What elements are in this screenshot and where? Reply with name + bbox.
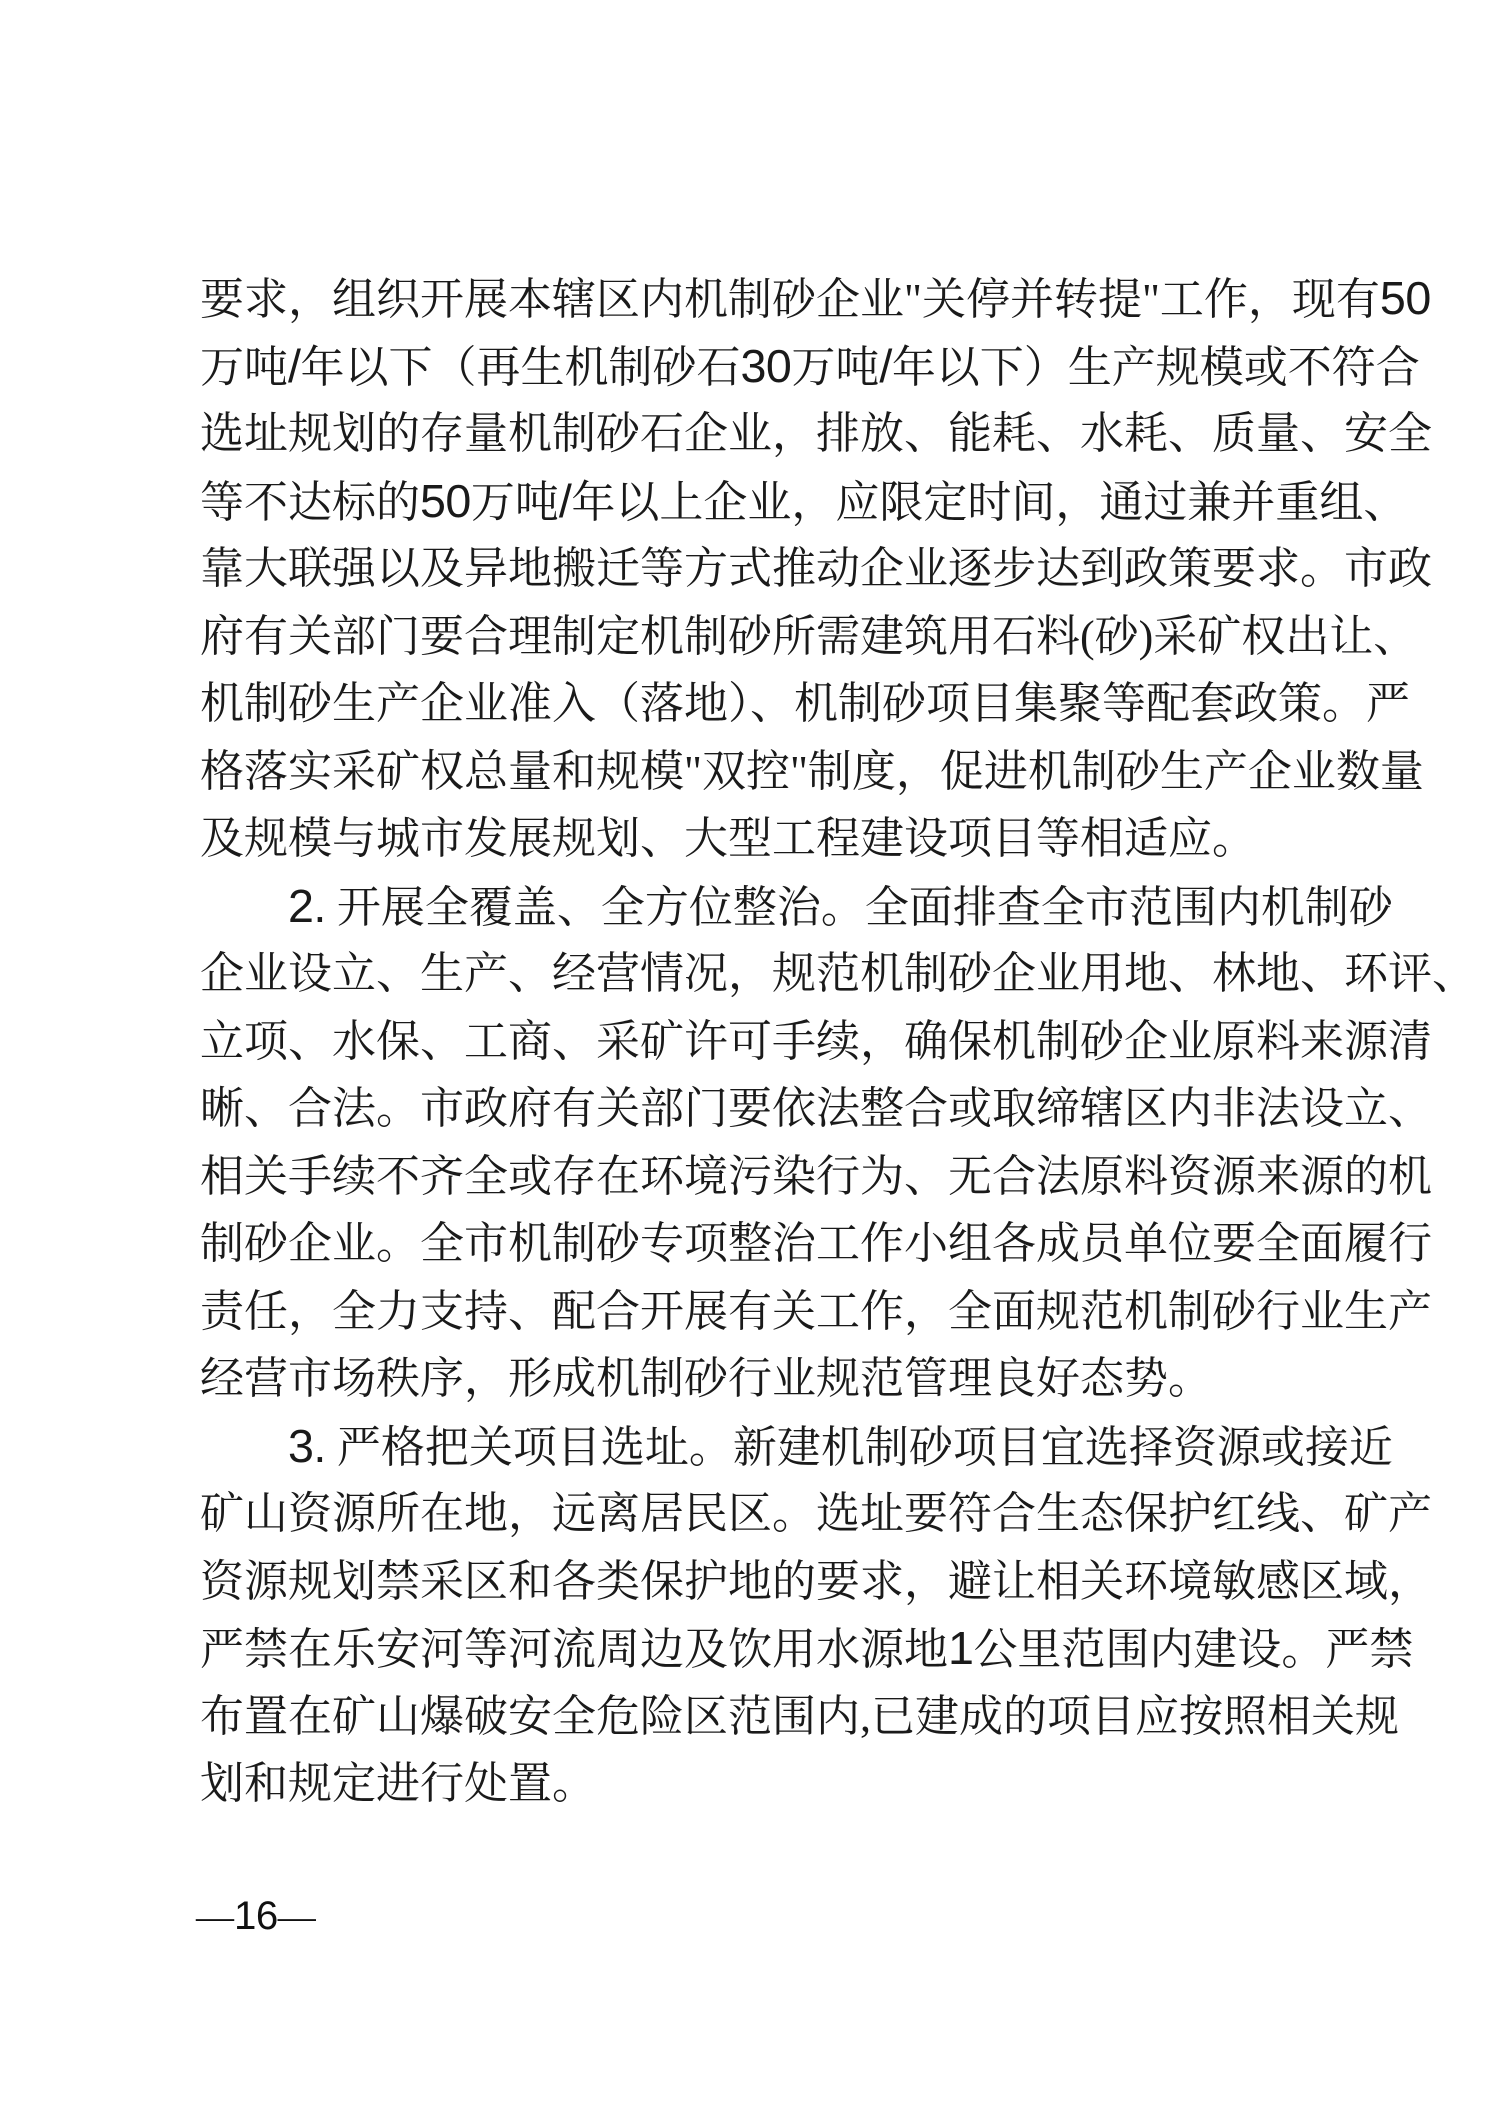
text-line: 府有关部门要合理制定机制砂所需建筑用石料(砂)采矿权出让、 <box>200 603 1308 671</box>
text-line: 万吨/年以下（再生机制砂石30万吨/年以下）生产规模或不符合 <box>200 333 1308 401</box>
document-body: 要求，组织开展本辖区内机制砂企业"关停并转提"工作，现有50万吨/年以下（再生机… <box>200 265 1308 1818</box>
paragraph: 要求，组织开展本辖区内机制砂企业"关停并转提"工作，现有50万吨/年以下（再生机… <box>200 265 1308 873</box>
text-line: 及规模与城市发展规划、大型工程建设项目等相适应。 <box>200 805 1308 873</box>
text-line: 划和规定进行处置。 <box>200 1750 1308 1818</box>
text-line: 要求，组织开展本辖区内机制砂企业"关停并转提"工作，现有50 <box>200 265 1308 333</box>
text-line: 3. 严格把关项目选址。新建机制砂项目宜选择资源或接近 <box>200 1413 1308 1481</box>
text-line: 格落实采矿权总量和规模"双控"制度，促进机制砂生产企业数量 <box>200 738 1308 806</box>
text-line: 靠大联强以及异地搬迁等方式推动企业逐步达到政策要求。市政 <box>200 535 1308 603</box>
text-line: 选址规划的存量机制砂石企业，排放、能耗、水耗、质量、安全 <box>200 400 1308 468</box>
text-line: 等不达标的50万吨/年以上企业，应限定时间，通过兼并重组、 <box>200 468 1308 536</box>
text-line: 2. 开展全覆盖、全方位整治。全面排查全市范围内机制砂 <box>200 873 1308 941</box>
paragraph: 2. 开展全覆盖、全方位整治。全面排查全市范围内机制砂企业设立、生产、经营情况，… <box>200 873 1308 1413</box>
text-line: 机制砂生产企业准入（落地）、机制砂项目集聚等配套政策。严 <box>200 670 1308 738</box>
paragraph: 3. 严格把关项目选址。新建机制砂项目宜选择资源或接近矿山资源所在地，远离居民区… <box>200 1413 1308 1818</box>
text-line: 矿山资源所在地，远离居民区。选址要符合生态保护红线、矿产 <box>200 1480 1308 1548</box>
text-line: 相关手续不齐全或存在环境污染行为、无合法原料资源来源的机 <box>200 1143 1308 1211</box>
page-number: —16— <box>196 1893 316 1940</box>
text-line: 晰、合法。市政府有关部门要依法整合或取缔辖区内非法设立、 <box>200 1075 1308 1143</box>
document-page: 要求，组织开展本辖区内机制砂企业"关停并转提"工作，现有50万吨/年以下（再生机… <box>0 0 1488 2104</box>
text-line: 制砂企业。全市机制砂专项整治工作小组各成员单位要全面履行 <box>200 1210 1308 1278</box>
text-line: 立项、水保、工商、采矿许可手续，确保机制砂企业原料来源清 <box>200 1008 1308 1076</box>
text-line: 严禁在乐安河等河流周边及饮用水源地1公里范围内建设。严禁 <box>200 1615 1308 1683</box>
text-line: 资源规划禁采区和各类保护地的要求，避让相关环境敏感区域， <box>200 1548 1308 1616</box>
text-line: 布置在矿山爆破安全危险区范围内,已建成的项目应按照相关规 <box>200 1683 1308 1751</box>
text-line: 责任，全力支持、配合开展有关工作，全面规范机制砂行业生产 <box>200 1278 1308 1346</box>
text-line: 经营市场秩序，形成机制砂行业规范管理良好态势。 <box>200 1345 1308 1413</box>
text-line: 企业设立、生产、经营情况，规范机制砂企业用地、林地、环评、 <box>200 940 1308 1008</box>
